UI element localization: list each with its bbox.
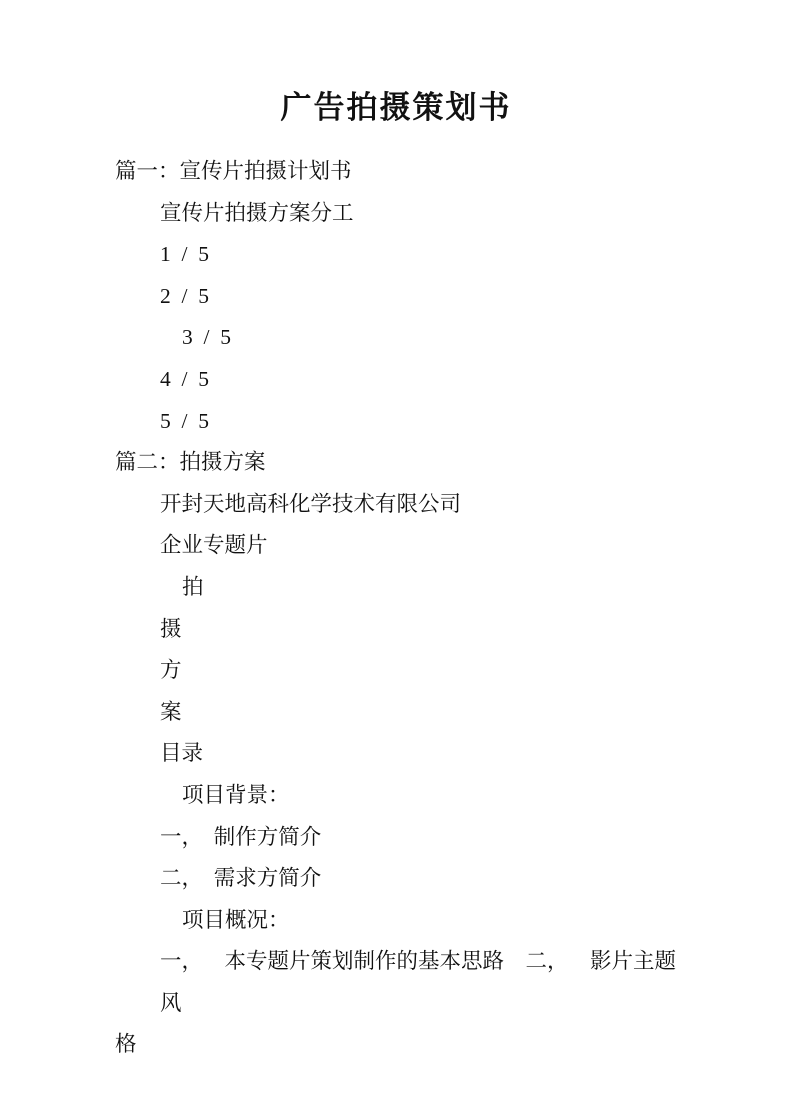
doc-paragraph: 一， 本专题片策划制作的基本思路 二， 影片主题风 — [160, 941, 677, 1024]
document-page: 广告拍摄策划书 篇一：宣传片拍摄计划书宣传片拍摄方案分工1 / 52 / 53 … — [0, 0, 792, 1120]
doc-paragraph: 3 / 5 — [182, 317, 677, 359]
doc-paragraph: 方 — [160, 650, 677, 692]
doc-paragraph: 篇二：拍摄方案 — [115, 442, 677, 484]
doc-paragraph: 项目背景： — [182, 775, 677, 817]
doc-paragraph: 项目概况： — [182, 900, 677, 942]
doc-paragraph: 目录 — [160, 733, 677, 775]
doc-paragraph: 二， 需求方简介 — [160, 858, 677, 900]
doc-paragraph: 宣传片拍摄方案分工 — [160, 193, 677, 235]
doc-paragraph: 格 — [115, 1024, 677, 1066]
doc-paragraph: 拍 — [182, 567, 677, 609]
doc-paragraph: 摄 — [160, 609, 677, 651]
doc-paragraph: 4 / 5 — [160, 359, 677, 401]
doc-paragraph: 篇一：宣传片拍摄计划书 — [115, 151, 677, 193]
doc-paragraph: 开封天地高科化学技术有限公司 — [160, 484, 677, 526]
doc-paragraph: 5 / 5 — [160, 401, 677, 443]
document-body: 篇一：宣传片拍摄计划书宣传片拍摄方案分工1 / 52 / 53 / 54 / 5… — [115, 151, 677, 1066]
doc-paragraph: 1 / 5 — [160, 234, 677, 276]
doc-paragraph: 2 / 5 — [160, 276, 677, 318]
document-title: 广告拍摄策划书 — [0, 0, 792, 128]
doc-paragraph: 一， 制作方简介 — [160, 817, 677, 859]
doc-paragraph: 企业专题片 — [160, 525, 677, 567]
doc-paragraph: 案 — [160, 692, 677, 734]
